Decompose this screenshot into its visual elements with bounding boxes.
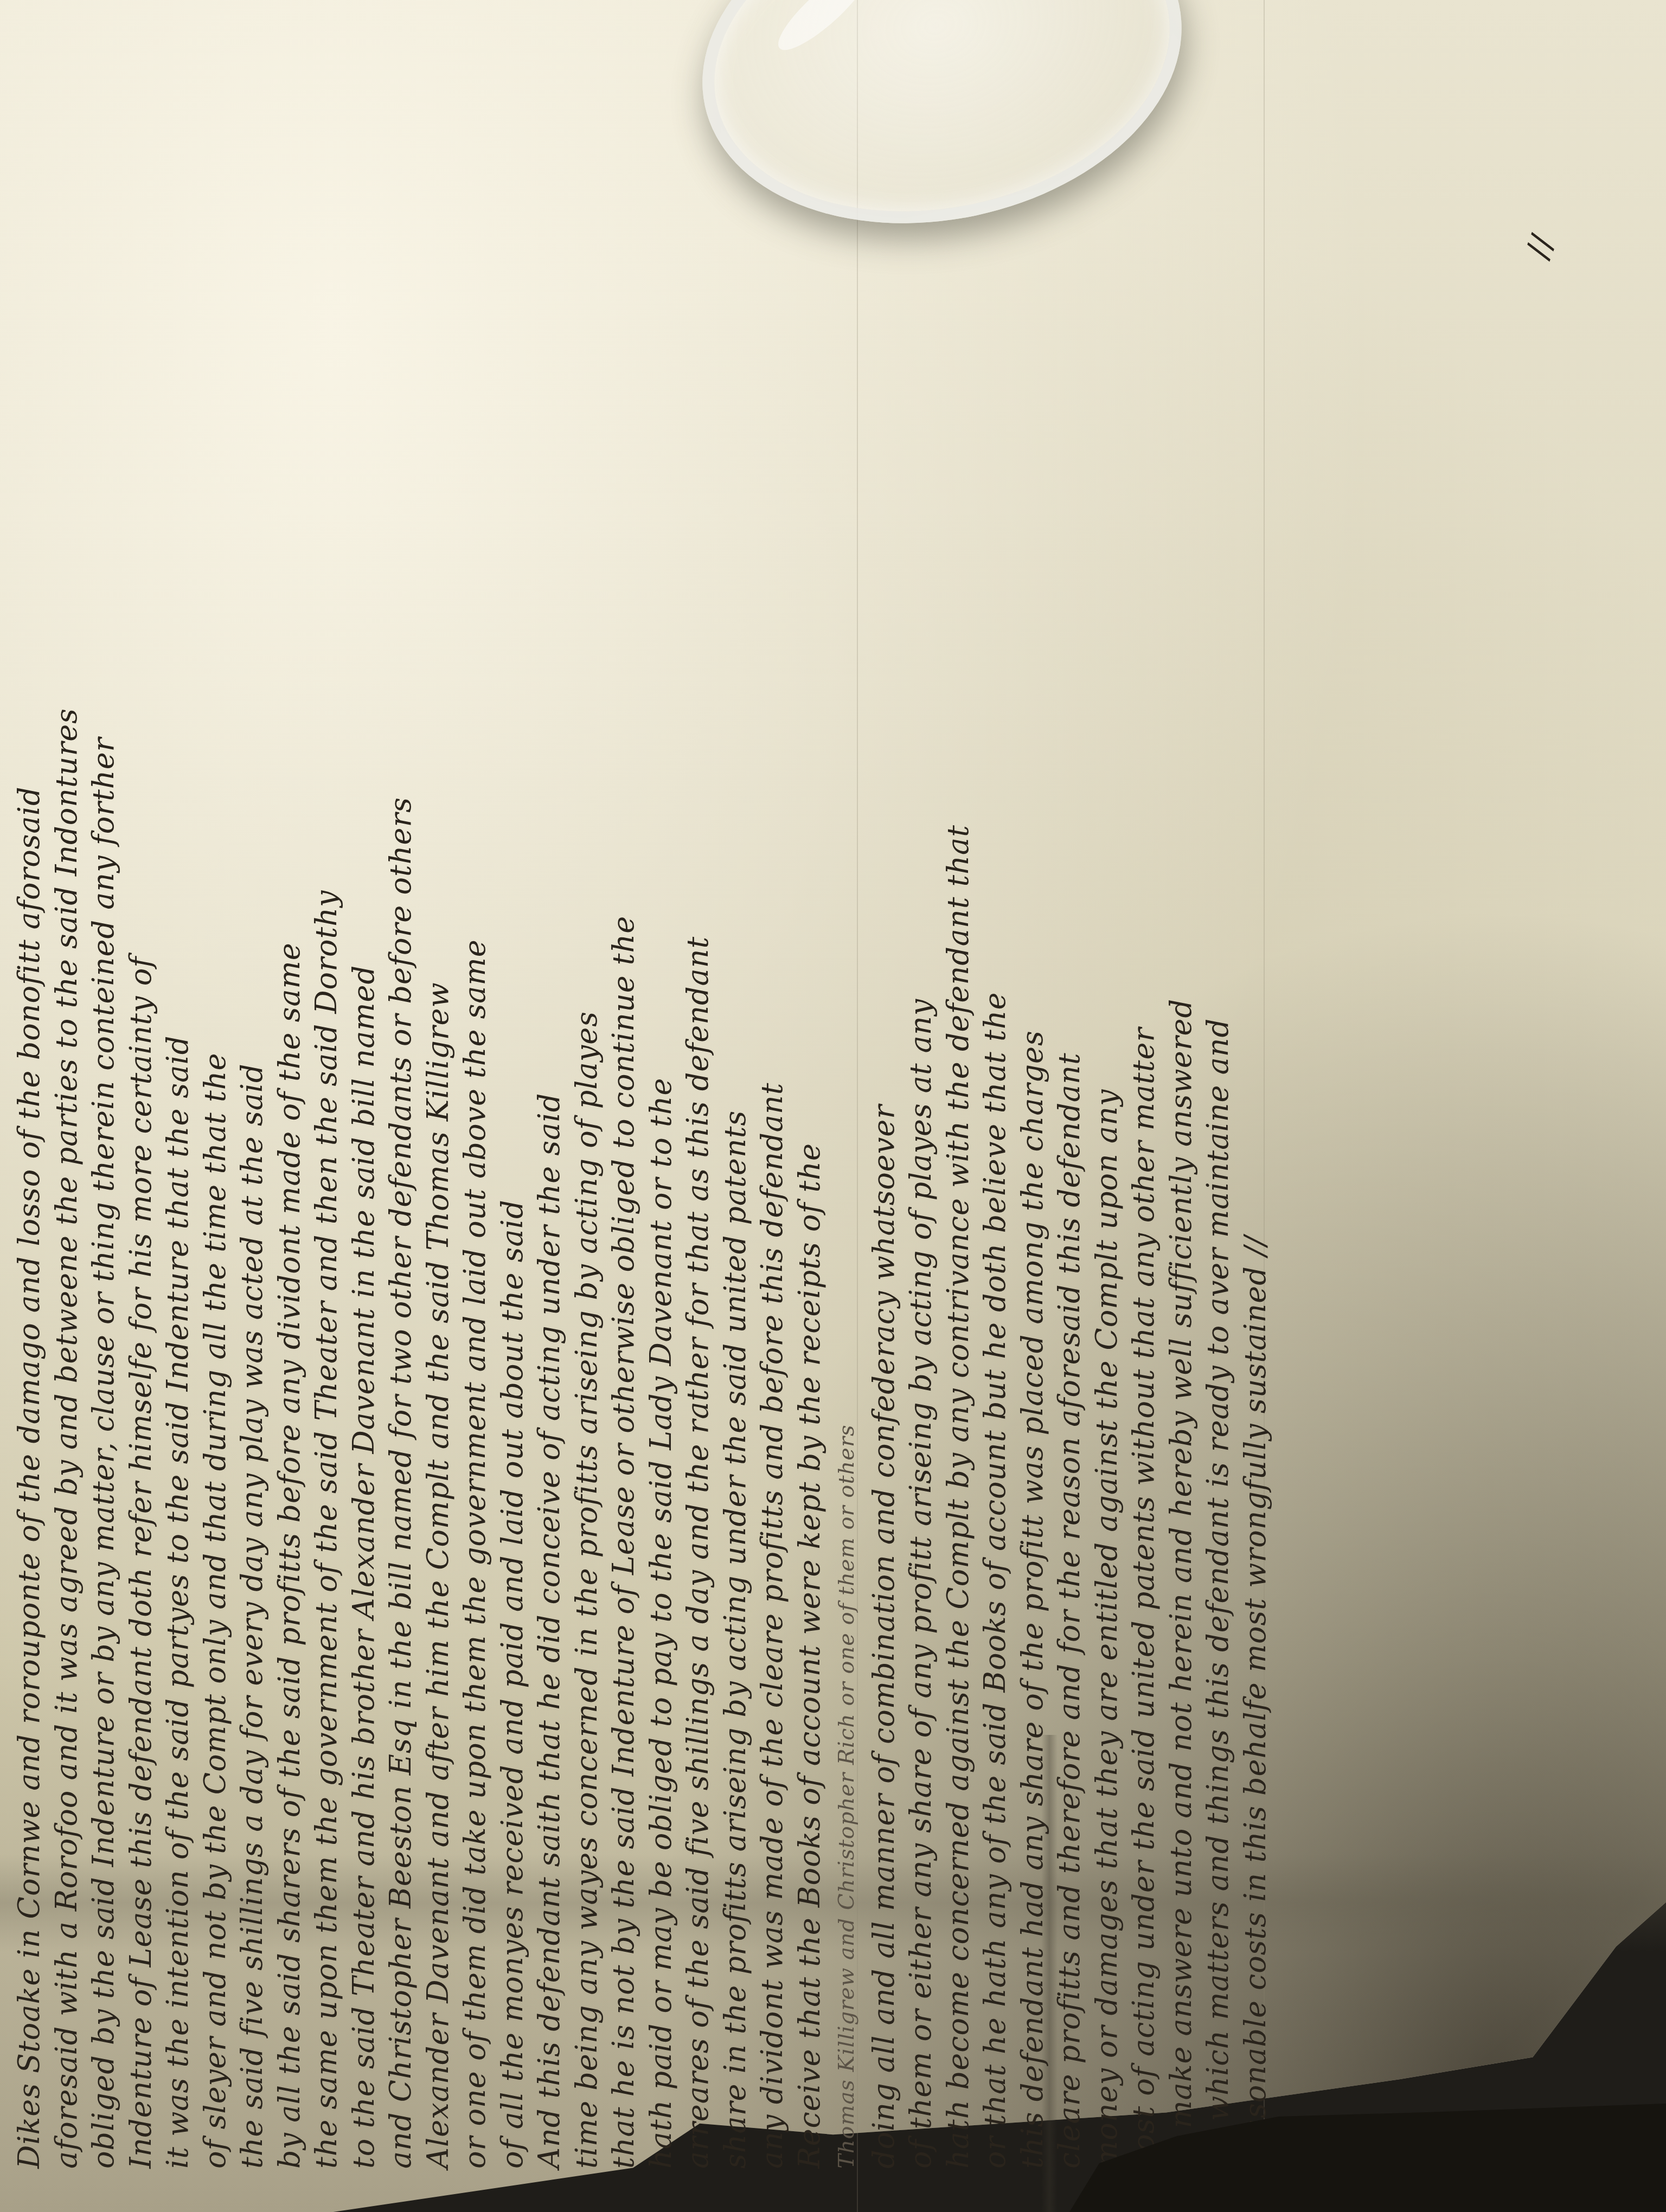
manuscript-line: any dividont was made of the cleare prof… bbox=[754, 217, 791, 2169]
manuscript-line: arreares of the said five shillings a da… bbox=[680, 217, 717, 2169]
manuscript-line: or one of them did take upon them the go… bbox=[457, 217, 494, 2169]
manuscript-line: cleare profitts and therefore and for th… bbox=[1051, 217, 1088, 2169]
manuscript-line: the said five shillings a day for every … bbox=[234, 217, 271, 2169]
manuscript-line: Indenture of Lease this defendant doth r… bbox=[123, 217, 160, 2169]
manuscript-line: of sleyer and not by the Compt only and … bbox=[197, 217, 234, 2169]
manuscript-line: it was the intention of the said partyes… bbox=[159, 217, 197, 2169]
manuscript-line: by all the said sharers of the said prof… bbox=[271, 217, 309, 2169]
manuscript-line: money or damages that they are entitled … bbox=[1088, 217, 1126, 2169]
manuscript-line: aforesaid with a Rorofoo and it was agre… bbox=[48, 217, 86, 2169]
manuscript-line: of them or either any share of any profi… bbox=[902, 217, 940, 2169]
manuscript-line: share in the profitts ariseing by acting… bbox=[717, 217, 754, 2169]
manuscript-line: and Christopher Beeston Esq in the bill … bbox=[382, 217, 420, 2169]
manuscript-line: cost of acting under the said united pat… bbox=[1125, 217, 1163, 2169]
manuscript-line: Receive that the Books of account were k… bbox=[791, 217, 829, 2169]
manuscript-text-block: Dikes Stoake in Cornwe and rorouponte of… bbox=[11, 217, 1274, 2169]
manuscript-line: hath become concerned against the Complt… bbox=[940, 217, 977, 2169]
manuscript-line: hath paid or may be obliged to pay to th… bbox=[643, 217, 680, 2169]
manuscript-line: this defendant had any share of the prof… bbox=[1014, 217, 1052, 2169]
manuscript-line: to the said Theater and his brother Alex… bbox=[345, 217, 383, 2169]
manuscript-line: Dikes Stoake in Cornwe and rorouponte of… bbox=[11, 217, 48, 2169]
manuscript-line: And this defendant saith that he did con… bbox=[531, 217, 568, 2169]
lens-highlight bbox=[768, 0, 879, 60]
manuscript-line: of all the monyes received and paid and … bbox=[494, 217, 531, 2169]
manuscript-line: the same upon them the government of the… bbox=[308, 217, 345, 2169]
manuscript-interlinear-line: Thomas Killigrew and Christopher Rich or… bbox=[828, 217, 866, 2169]
manuscript-line: or that he hath any of the said Books of… bbox=[977, 217, 1014, 2169]
manuscript-line: obliged by the said Indenture or by any … bbox=[85, 217, 123, 2169]
manuscript-line: that he is not by the said Indenture of … bbox=[605, 217, 643, 2169]
manuscript-line: reasonable costs in this behalfe most wr… bbox=[1237, 217, 1274, 2169]
manuscript-line: all which matters and things this defend… bbox=[1200, 217, 1237, 2169]
manuscript-line: doing all and all manner of combination … bbox=[866, 217, 903, 2169]
manuscript-line: time being any wayes concerned in the pr… bbox=[568, 217, 606, 2169]
manuscript-line: to make answere unto and not herein and … bbox=[1163, 217, 1200, 2169]
manuscript-line: Alexander Davenant and after him the Com… bbox=[420, 217, 457, 2169]
